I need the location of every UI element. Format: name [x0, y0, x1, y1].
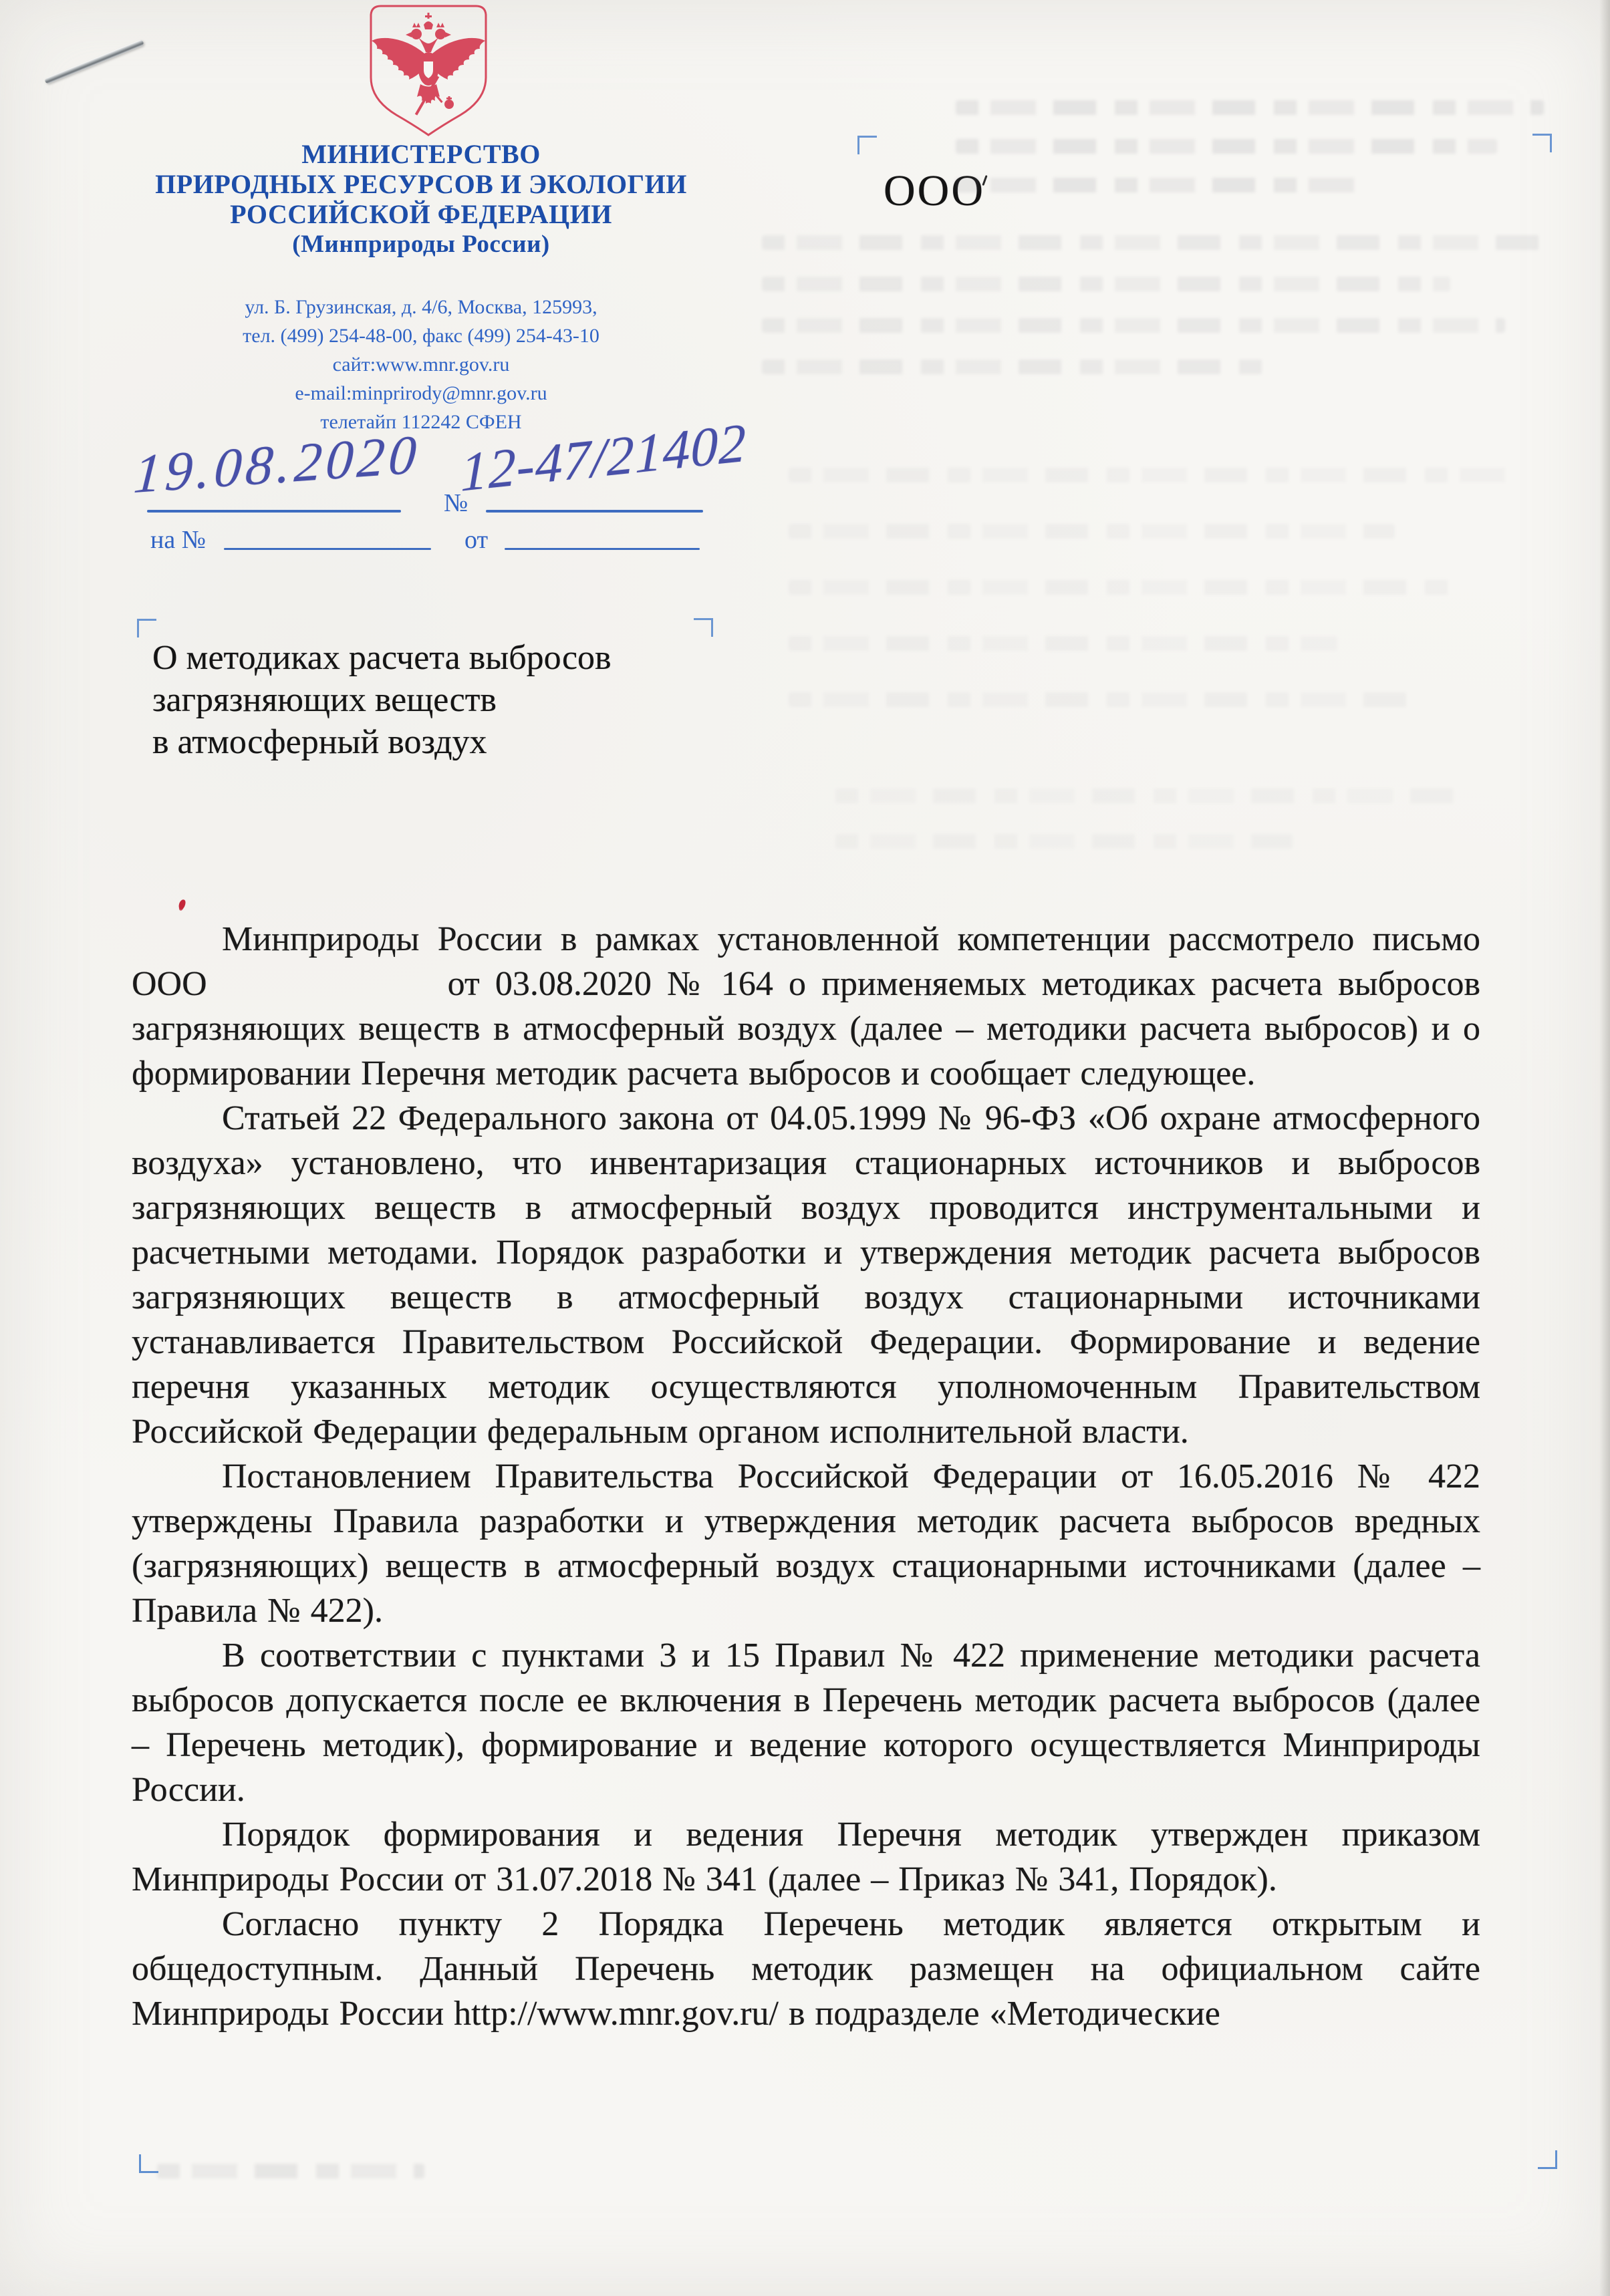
reply-number-underline [224, 548, 431, 550]
reply-date-underline [505, 548, 700, 550]
ministry-line3: РОССИЙСКОЙ ФЕДЕРАЦИИ [107, 199, 735, 229]
address-street: ул. Б. Грузинская, д. 4/6, Москва, 12599… [107, 293, 735, 321]
ministry-short-name: (Минприроды России) [107, 229, 735, 259]
ministry-line2: ПРИРОДНЫХ РЕСУРСОВ И ЭКОЛОГИИ [107, 169, 735, 199]
address-phone-fax: тел. (499) 254-48-00, факс (499) 254-43-… [107, 321, 735, 350]
letter-body: Минприроды России в рамках установленной… [132, 917, 1480, 2036]
crop-mark-subject-right-icon [694, 618, 713, 637]
red-ink-speck [178, 899, 186, 910]
staple [44, 39, 144, 85]
scanned-letter-page: МИНИСТЕРСТВО ПРИРОДНЫХ РЕСУРСОВ И ЭКОЛОГ… [0, 0, 1610, 2296]
number-underline [486, 510, 703, 513]
paragraph-1-after-gap: от 03.08.2020 № 164 о применяемых методи… [132, 965, 1480, 1093]
subject-line3: в атмосферный воздух [152, 721, 727, 763]
scan-edge-shadow [1599, 0, 1610, 2296]
paragraph-2: Статьей 22 Федерального закона от 04.05.… [132, 1096, 1480, 1454]
address-email: e-mail:minprirody@mnr.gov.ru [107, 379, 735, 408]
paragraph-4: В соответствии с пунктами 3 и 15 Правил … [132, 1633, 1480, 1812]
reply-date-label: от [464, 525, 488, 555]
crop-mark-addressee-icon [857, 136, 877, 154]
ministry-name-block: МИНИСТЕРСТВО ПРИРОДНЫХ РЕСУРСОВ И ЭКОЛОГ… [107, 139, 735, 259]
subject-block: О методиках расчета выбросов загрязняющи… [152, 637, 727, 763]
crop-mark-subject-left-icon [137, 619, 156, 637]
redacted-company-gap [207, 994, 448, 995]
bleedthrough-ghost-text [835, 788, 1470, 849]
subject-line1: О методиках расчета выбросов [152, 637, 727, 679]
subject-line2: загрязняющих веществ [152, 679, 727, 721]
date-underline [147, 510, 401, 513]
coat-of-arms-emblem-icon [365, 4, 492, 138]
paragraph-1: Минприроды России в рамках установленной… [132, 917, 1480, 1096]
crop-mark-bottom-right-icon [1538, 2150, 1557, 2169]
bleedthrough-ghost-text [789, 468, 1510, 707]
paragraph-6: Согласно пункту 2 Порядка Перечень метод… [132, 1902, 1480, 2036]
paragraph-3: Постановлением Правительства Российской … [132, 1454, 1480, 1633]
reply-number-label: на № [150, 525, 206, 555]
bleedthrough-ghost-text [762, 235, 1544, 374]
crop-mark-bottom-left-icon [139, 2154, 158, 2173]
address-website: сайт:www.mnr.gov.ru [107, 350, 735, 379]
letterhead-contacts: ул. Б. Грузинская, д. 4/6, Москва, 12599… [107, 293, 735, 436]
bleedthrough-ghost-text [956, 100, 1544, 192]
paragraph-5: Порядок формирования и ведения Перечня м… [132, 1812, 1480, 1902]
bleedthrough-ghost-text [157, 2164, 424, 2178]
ministry-line1: МИНИСТЕРСТВО [107, 139, 735, 169]
